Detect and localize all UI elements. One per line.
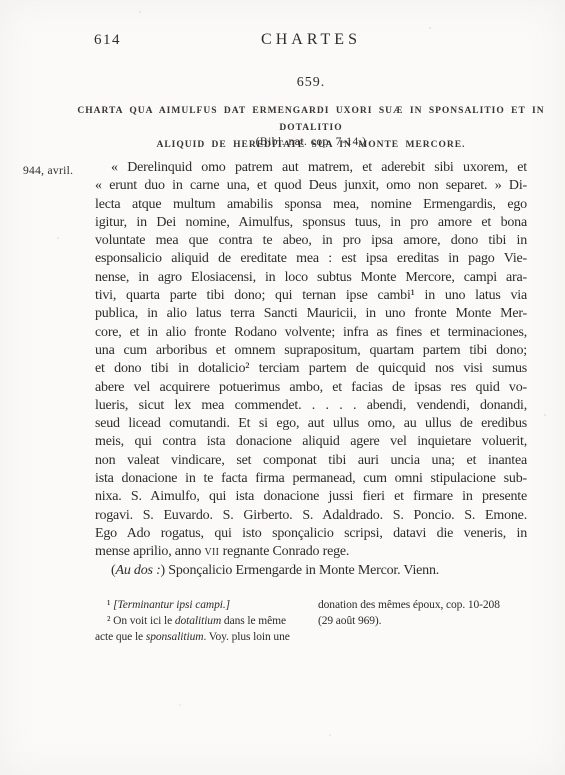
footnote-line: (29 août 969). (318, 614, 530, 630)
body-text-line: seud licead comutandi. Et si ego, aut ul… (95, 415, 527, 433)
body-text-line: et dono tibi in dotalicio² terciam parte… (95, 360, 527, 378)
body-text-line: esponsalicio aliquid de ereditate mea : … (95, 250, 527, 268)
body-text-line: non valeat vindicare, set componat tibi … (95, 452, 527, 470)
footnote-column-left: ¹ [Terminantur ipsi campi.]² On voit ici… (95, 598, 311, 645)
body-text-line: core, et in alio fronte Rodano volvente;… (95, 324, 527, 342)
styled-text-segment: [Terminantur ipsi campi.] (113, 599, 230, 611)
body-text-line: mense aprilio, anno vii regnante Conrado… (95, 543, 527, 561)
body-text-line: voluntate mea que contra te abeo, in pro… (95, 232, 527, 250)
footnote-column-right: donation des mêmes époux, cop. 10-208(29… (318, 598, 530, 630)
body-text-line: una cum arboribus et omnem suprapositum,… (95, 342, 527, 360)
body-text-line: meis, qui contra ista donacione aliquid … (95, 433, 527, 451)
body-text-line: nense, in agro Elosiacensi, in loco subt… (95, 269, 527, 287)
body-text-line: ista donacione in te facta firma permane… (95, 470, 527, 488)
body-text-line: publica, in alio latus terra Sancti Maur… (95, 305, 527, 323)
styled-text-segment: vii (205, 544, 220, 559)
body-text-line: nixa. S. Aimulfo, qui ista donacione jus… (95, 488, 527, 506)
body-text-line: « erunt duo in carne una, et quod Deus j… (95, 177, 527, 195)
footnote-line: ² On voit ici le dotalitium dans le même (95, 614, 311, 630)
body-text-line: « Derelinquid omo patrem aut matrem, et … (95, 159, 527, 177)
margin-date: 944, avril. (23, 165, 73, 177)
charter-title-line-1: CHARTA QUA AIMULFUS DAT ERMENGARDI UXORI… (65, 103, 557, 137)
charter-number: 659. (95, 75, 527, 91)
charter-body-text: « Derelinquid omo patrem aut matrem, et … (95, 159, 527, 580)
footnote-line: donation des mêmes époux, cop. 10-208 (318, 598, 530, 614)
styled-text-segment: sponsalitium (146, 631, 204, 643)
body-text-line: lecta atque multum amabilis sponsa mea, … (95, 196, 527, 214)
running-head: CHARTES (95, 31, 527, 49)
body-text-line: igitur, in Dei nomine, Aimulfus, sponsus… (95, 214, 527, 232)
footnote-line: ¹ [Terminantur ipsi campi.] (95, 598, 311, 614)
styled-text-segment: dotalitium (175, 615, 221, 627)
body-text-line: Ego Ado rogatus, qui isto sponçalicio sc… (95, 525, 527, 543)
body-text-line: rogavi. S. Euvardo. S. Girberto. S. Adal… (95, 507, 527, 525)
body-text-line: abere vel acquirere potuerimus ambo, et … (95, 379, 527, 397)
body-text-line: lueris, sicut lex mea commendet. . . . .… (95, 397, 527, 415)
body-text-line: tivi, quarta parte tibi dono; qui ternan… (95, 287, 527, 305)
source-reference: (Bibl. nat. cop. 7-14.) (95, 136, 527, 148)
scanned-book-page: 614 CHARTES 659. CHARTA QUA AIMULFUS DAT… (0, 0, 565, 775)
styled-text-segment: Au dos : (115, 563, 160, 578)
body-text-line: (Au dos :) Sponçalicio Ermengarde in Mon… (95, 562, 527, 580)
footnote-line: acte que le sponsalitium. Voy. plus loin… (95, 630, 311, 646)
